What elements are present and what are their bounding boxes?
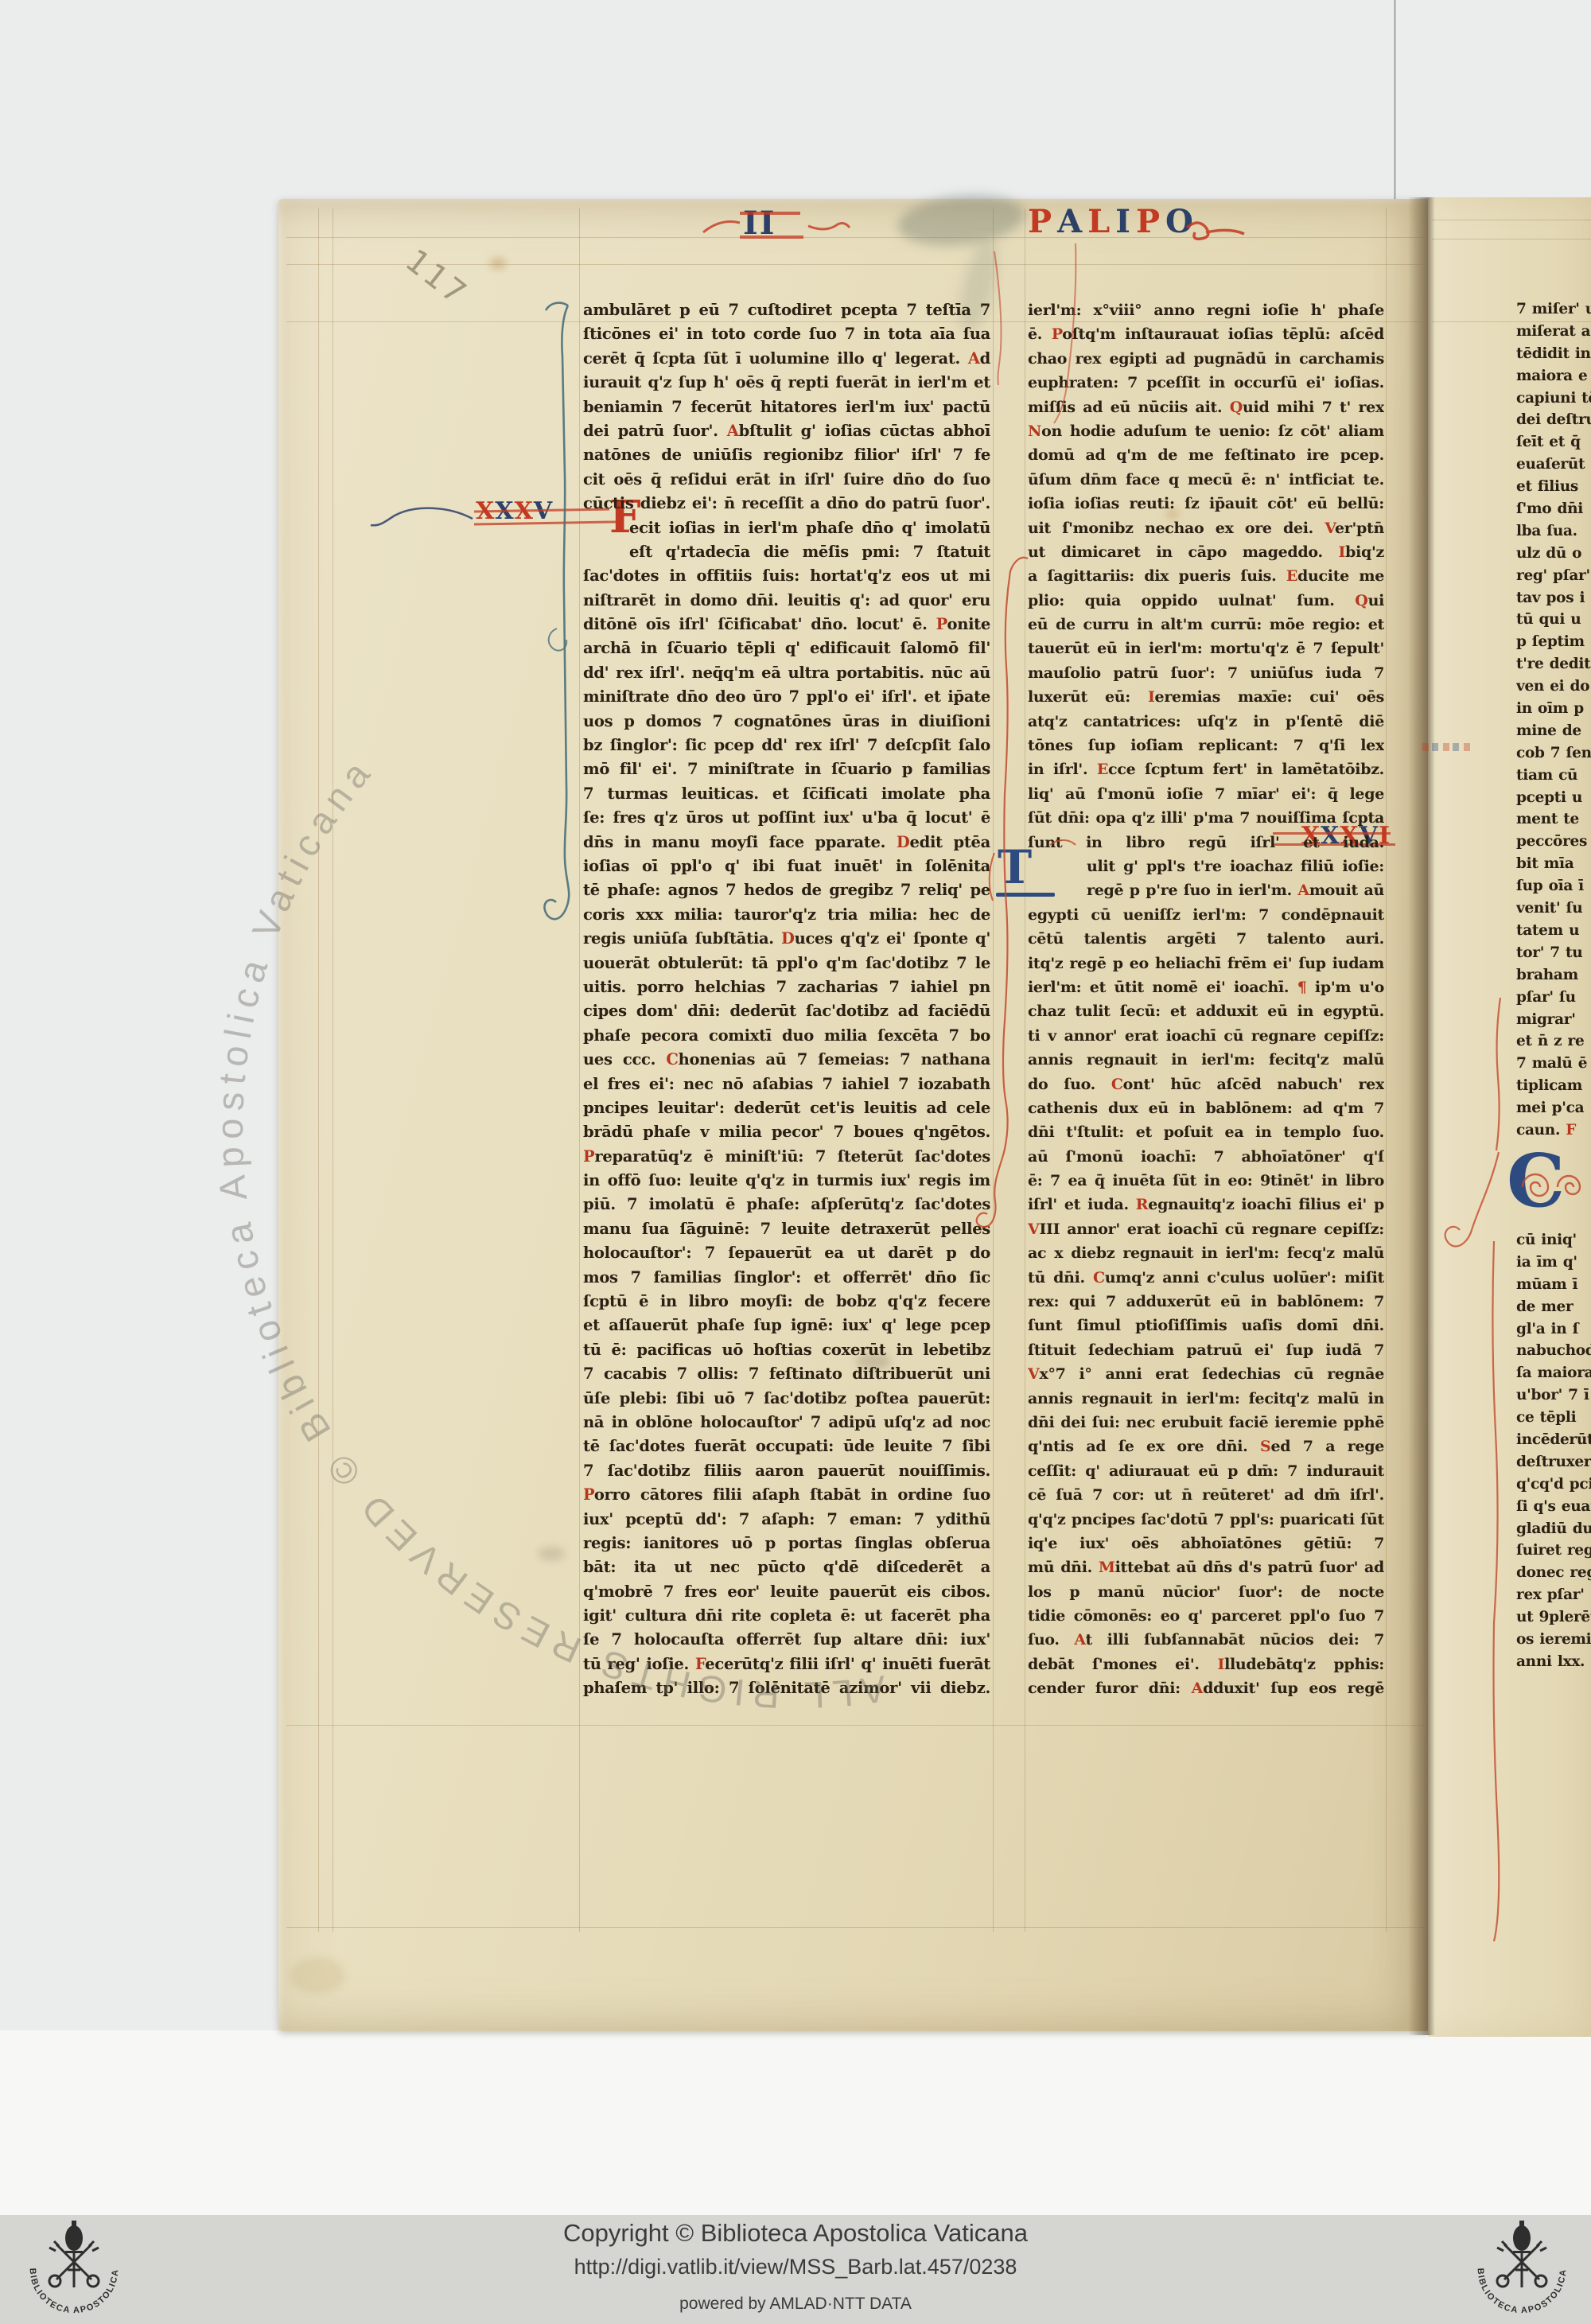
manuscript-line: regē p p're ſuo in ierl'm. Amouit aū eū … bbox=[1028, 878, 1384, 902]
manuscript-line: mauſolio patrū ſuor': 7 uniūſus iuda 7 i… bbox=[1028, 661, 1384, 685]
manuscript-line: mū dn̄i. Mittebat aū dn̄s d's patrū ſuor… bbox=[1028, 1555, 1384, 1579]
manuscript-line: cē ſuā 7 cor: ut n̄ reūteret' ad dm̄ iſr… bbox=[1028, 1483, 1384, 1507]
manuscript-line: miſerat a bbox=[1516, 321, 1591, 343]
manuscript-line: braham bbox=[1516, 964, 1591, 987]
manuscript-line: ambulāret p eū 7 cuſtodiret pcepta 7 teſ… bbox=[583, 298, 990, 322]
manuscript-line: egypti cū ueniſſz ierl'm: 7 condēpnauit … bbox=[1028, 903, 1384, 927]
manuscript-line: ierl'm: x°viii° anno regni ioſie h' phaſ… bbox=[1028, 298, 1384, 322]
manuscript-line: bit mīa bbox=[1516, 853, 1591, 875]
manuscript-line: Preparatūq'z ē miniſt'iū: 7 ſteterūt ſac… bbox=[583, 1145, 990, 1169]
manuscript-line: t're dedit bbox=[1516, 653, 1591, 675]
manuscript-line: iq'e iux' oēs abhoīatōnes gētiū: 7 pollu… bbox=[1028, 1532, 1384, 1555]
manuscript-line: lba ſua. bbox=[1516, 520, 1591, 543]
ruling-line bbox=[286, 1927, 1424, 1928]
text-column-right: ierl'm: x°viii° anno regni ioſie h' phaſ… bbox=[1028, 298, 1384, 1701]
manuscript-line: de mer bbox=[1516, 1296, 1591, 1318]
manuscript-line: ceſſit: q' adiurauat eū p dm̄: 7 indurau… bbox=[1028, 1459, 1384, 1483]
manuscript-line: incēderūt bbox=[1516, 1429, 1591, 1451]
text-column-left: ambulāret p eū 7 cuſtodiret pcepta 7 teſ… bbox=[583, 298, 990, 1701]
manuscript-line: maiora e bbox=[1516, 365, 1591, 387]
manuscript-line: a ſagittariis: dix pueris ſuis. Educite … bbox=[1028, 564, 1384, 588]
coloured-letter: L bbox=[1087, 204, 1115, 240]
footer-copyright: Copyright © Biblioteca Apostolica Vatica… bbox=[0, 2219, 1591, 2248]
ruling-line bbox=[1432, 239, 1591, 239]
manuscript-line: 7 miſer' u bbox=[1516, 298, 1591, 321]
vatican-library-logo-left: BIBLIOTECA APOSTOLICA VATICANA bbox=[19, 2217, 129, 2322]
manuscript-line: tiplicam bbox=[1516, 1075, 1591, 1097]
manuscript-line: annis regnauit in ierl'm: fecitq'z malū … bbox=[1028, 1387, 1384, 1411]
manuscript-line: ditōnē oīs iſrl' ſc̄ificabat' dn̄o. locu… bbox=[583, 613, 990, 636]
manuscript-line: Non hodie aduſum te uenio: ſz cōt' aliam… bbox=[1028, 419, 1384, 443]
ruling-line bbox=[333, 208, 333, 1932]
chapter-initial-t: T bbox=[998, 843, 1032, 891]
manuscript-line: coris xxx milia: tauror'q'z tria milia: … bbox=[583, 903, 990, 927]
manuscript-line: igit' cultura dn̄i rite copleta ē: ut fa… bbox=[583, 1604, 990, 1628]
manuscript-line: cob 7 ſen bbox=[1516, 742, 1591, 765]
manuscript-line: mei p'ca bbox=[1516, 1097, 1591, 1119]
manuscript-line: 7 ſac'dotibz filiis aaron pauerūt nouiſſ… bbox=[583, 1459, 990, 1483]
manuscript-line: euaſerūt bbox=[1516, 454, 1591, 476]
manuscript-line: ment te bbox=[1516, 808, 1591, 831]
running-header-title: PALIPO bbox=[1028, 204, 1199, 240]
parchment-stain bbox=[538, 1547, 565, 1561]
manuscript-line: ſi q's euaſit bbox=[1516, 1496, 1591, 1518]
coloured-letter: P bbox=[1028, 204, 1057, 240]
manuscript-line: bāt: ita ut nec pūcto q'dē diſcederēt a … bbox=[583, 1555, 990, 1579]
manuscript-line: mō fil' ei'. 7 miniſtrate in ſc̄uario p … bbox=[583, 757, 990, 781]
manuscript-line: gladiū duct' bbox=[1516, 1518, 1591, 1540]
manuscript-line: domū ad q'm de me feſtinato ire pcep. De… bbox=[1028, 443, 1384, 467]
backdrop-white-strip bbox=[0, 2030, 1591, 2215]
manuscript-line: q'mobrē 7 fres eor' leuite pauerūt eis c… bbox=[583, 1580, 990, 1604]
manuscript-line: in oīm p bbox=[1516, 698, 1591, 720]
manuscript-line: ſuo. At illi ſubſannabāt nūcios dei: 7 p… bbox=[1028, 1628, 1384, 1652]
manuscript-line: iux' pceptū dd': 7 aſaph: 7 eman: 7 ydit… bbox=[583, 1508, 990, 1532]
manuscript-line: miniſtrate dn̄o deo ūro 7 ppl'o ei' iſrl… bbox=[583, 685, 990, 709]
manuscript-line: rex: qui 7 adduxerūt eū in bablōnem: 7 a… bbox=[1028, 1290, 1384, 1314]
manuscript-line: itq'z regē p eo heliachī frēm ei' ſup iu… bbox=[1028, 952, 1384, 975]
next-page-text-column-top: 7 miſer' umiſerat atēdidit inmaiora ecap… bbox=[1516, 298, 1591, 1142]
manuscript-line: ulit g' ppl's t're ioachaz filiū ioſie: … bbox=[1028, 854, 1384, 878]
manuscript-line: tē phaſe: agnos 7 hedos de gregibz 7 rel… bbox=[583, 878, 990, 902]
manuscript-line: el fres ei': nec nō aſabias 7 iahiel 7 i… bbox=[583, 1072, 990, 1096]
parchment-stain bbox=[490, 258, 506, 269]
manuscript-line: ut dimicaret in cāpo mageddo. Ibiq'z uul… bbox=[1028, 540, 1384, 564]
manuscript-line: tē ſac'dotes fuerāt occupati: ūde leuite… bbox=[583, 1434, 990, 1458]
manuscript-line: dn̄i dei ſui: nec erubuit faciē ieremie … bbox=[1028, 1411, 1384, 1434]
manuscript-line: uit ſ'monibz nechao ex ore dei. Ver'ptn̄… bbox=[1028, 516, 1384, 540]
manuscript-line: tū reg' ioſie. Fecerūtq'z filii iſrl' q'… bbox=[583, 1652, 990, 1676]
manuscript-line: tū ē: pacificas uō hoſtias coxerūt in le… bbox=[583, 1338, 990, 1362]
manuscript-line: regis uniūſa ſubſtātia. Duces q'q'z ei' … bbox=[583, 927, 990, 951]
manuscript-line: pſar' ſu bbox=[1516, 987, 1591, 1009]
coloured-letter: I bbox=[1115, 204, 1136, 240]
manuscript-line: dd' rex iſrl'. neq̄q'm eā ultra portabit… bbox=[583, 661, 990, 685]
manuscript-line: ūſum dn̄m face q mecū ē: n' intficiat te… bbox=[1028, 468, 1384, 492]
manuscript-line: donec regnar' bbox=[1516, 1562, 1591, 1584]
manuscript-line: cūctis diebz ei': n̄ receſſit a dn̄o do … bbox=[583, 492, 990, 516]
manuscript-line: annis regnauit in ierl'm: fecitq'z malū … bbox=[1028, 1048, 1384, 1072]
manuscript-line: tauerūt eū in ierl'm: mortu'q'z ē 7 ſepu… bbox=[1028, 636, 1384, 660]
manuscript-line: phaſem tp' illo: 7 ſolēnitatē azimor' vi… bbox=[583, 1676, 990, 1700]
manuscript-line: VIII annor' erat ioachī cū regnare cepiſ… bbox=[1028, 1217, 1384, 1241]
ruling-line bbox=[286, 1725, 1424, 1726]
footer-url: http://digi.vatlib.it/view/MSS_Barb.lat.… bbox=[0, 2255, 1591, 2279]
ruling-line bbox=[286, 264, 1424, 265]
bleedthrough-rubric bbox=[1422, 743, 1470, 751]
manuscript-line: ecit ioſias in ierl'm phaſe dn̄o q' imol… bbox=[583, 516, 990, 540]
manuscript-line: ſ'mo dn̄i bbox=[1516, 498, 1591, 520]
papal-tiara-icon bbox=[1513, 2221, 1531, 2253]
manuscript-line: beniamin 7 fecerūt hitatores ierl'm iux'… bbox=[583, 395, 990, 419]
manuscript-line: capiuni tē bbox=[1516, 387, 1591, 410]
manuscript-line: ſtituit ſedechiam patruū ei' ſup iudā 7 … bbox=[1028, 1338, 1384, 1362]
parchment-stain bbox=[290, 1957, 345, 1994]
manuscript-line: uouerāt obtulerūt: tā ppl'o q'm ſac'doti… bbox=[583, 952, 990, 975]
manuscript-line: euphraten: 7 pceſſit in occurſū ei' ioſi… bbox=[1028, 371, 1384, 395]
manuscript-line: pcepti u bbox=[1516, 787, 1591, 809]
manuscript-line: peccōres bbox=[1516, 831, 1591, 853]
manuscript-line: tatem u bbox=[1516, 920, 1591, 942]
footer-powered-by: powered by AMLAD·NTT DATA bbox=[0, 2295, 1591, 2314]
ruling-line bbox=[286, 237, 1424, 238]
manuscript-line: manu ſua ſāguinē: 7 leuite detraxerūt pe… bbox=[583, 1217, 990, 1241]
manuscript-line: ſūt dn̄i: opa q'z illi' p'ma 7 nouiſſima… bbox=[1028, 806, 1384, 830]
manuscript-line: et n̄ z re bbox=[1516, 1030, 1591, 1053]
manuscript-line: dei patrū ſuor'. Abſtulit g' ioſias cūct… bbox=[583, 419, 990, 443]
manuscript-line: ſe: fres q'z ūros ut poſſint iux' u'ba q… bbox=[583, 806, 990, 830]
manuscript-line: cū iniq' bbox=[1516, 1229, 1591, 1252]
manuscript-line: los p manū nūcior' ſuor': de nocte ſurge… bbox=[1028, 1580, 1384, 1604]
manuscript-line: gl'a in ſ bbox=[1516, 1318, 1591, 1341]
manuscript-line: niſtrarēt in domo dn̄i. leuitis q': ad q… bbox=[583, 589, 990, 613]
manuscript-line: atq'z cantatrices: uſq'z in p'ſentē diē … bbox=[1028, 710, 1384, 734]
manuscript-line: reg' pſar' bbox=[1516, 565, 1591, 587]
manuscript-line: ſac'dotes in offitiis ſuis: hortat'q'z e… bbox=[583, 564, 990, 588]
manuscript-line: chao rex egipti ad pugnādū in carchamis … bbox=[1028, 347, 1384, 371]
manuscript-line: aū ſ'monū ioachī: 7 abhoīatōner' q'ſ opa… bbox=[1028, 1145, 1384, 1169]
manuscript-line: Vx°7 i° anni erat ſedechias cū regnāe ce… bbox=[1028, 1362, 1384, 1386]
manuscript-line: eſt q'rtadecīa die mēſis pmi: 7 ſtatuit bbox=[583, 540, 990, 564]
manuscript-line: tēdidit in bbox=[1516, 343, 1591, 365]
manuscript-line: regis: ianitores uō p portas ſinglas obſ… bbox=[583, 1532, 990, 1555]
manuscript-line: venit' ſu bbox=[1516, 897, 1591, 920]
manuscript-line: archā in ſc̄uario tēpli q' edificauit ſa… bbox=[583, 636, 990, 660]
manuscript-line: ven ei do bbox=[1516, 675, 1591, 698]
manuscript-line: ſticōnes ei' in toto corde ſuo 7 in tota… bbox=[583, 322, 990, 346]
gutter-fold-shadow bbox=[1408, 197, 1435, 2035]
manuscript-line: tor' 7 tu bbox=[1516, 942, 1591, 964]
manuscript-line: plio: quia oppido uulnat' ſum. Qui t'ſtu… bbox=[1028, 589, 1384, 613]
manuscript-line: migrar' bbox=[1516, 1009, 1591, 1031]
manuscript-line: nā in oblōne holocauſtor' 7 adipū uſq'z … bbox=[583, 1411, 990, 1434]
next-page-text-column-bottom: cū iniq'ia īm q'mūam īde mergl'a in ſnab… bbox=[1516, 1229, 1591, 1673]
manuscript-line: deſtruxer' bbox=[1516, 1451, 1591, 1473]
manuscript-line: dn̄s in manu moyſi face pparate. Dedit p… bbox=[583, 831, 990, 854]
ruling-line bbox=[1025, 208, 1025, 1932]
manuscript-line: ut 9plerēt' bbox=[1516, 1606, 1591, 1629]
manuscript-line: dei deſtru bbox=[1516, 409, 1591, 431]
manuscript-line: q'q'z pncipes ſac'dotū 7 ppl's: puaricat… bbox=[1028, 1508, 1384, 1532]
manuscript-line: ues ccc. Chonenias aū 7 ſemeias: 7 natha… bbox=[583, 1048, 990, 1072]
ruling-line bbox=[993, 208, 994, 1932]
manuscript-line: et aſſauerūt phaſe ſup ignē: iux' q' leg… bbox=[583, 1314, 990, 1337]
manuscript-line: iſrl' et iuda. Regnauitq'z ioachī filius… bbox=[1028, 1193, 1384, 1216]
manuscript-line: eū de curru in alt'm currū: mōe regio: e… bbox=[1028, 613, 1384, 636]
manuscript-line: luxerūt eū: Ieremias maxīe: cui' oēs cāt… bbox=[1028, 685, 1384, 709]
manuscript-line: ſcptū ē in libro moyſi: de bobz q'q'z fe… bbox=[583, 1290, 990, 1314]
manuscript-line: nabuchod bbox=[1516, 1340, 1591, 1362]
manuscript-line: uos p domos 7 cognatōnes ūras in diuiſio… bbox=[583, 710, 990, 734]
manuscript-line: mine de bbox=[1516, 720, 1591, 742]
manuscript-line: holocauſtor': 7 ſepauerūt ea ut darēt p … bbox=[583, 1241, 990, 1265]
coloured-letter: A bbox=[1057, 204, 1087, 240]
manuscript-line: ſunt in libro regū iſrl' et iuda. bbox=[1028, 831, 1384, 854]
manuscript-line: cathenis dux eū in bablōnem: ad q'm 7 ua… bbox=[1028, 1096, 1384, 1120]
manuscript-line: 7 cacabis 7 ollis: 7 feſtinato diſtribue… bbox=[583, 1362, 990, 1386]
manuscript-line: miſſis ad eū nūciis ait. Quid mihi 7 t' … bbox=[1028, 395, 1384, 419]
ruling-line bbox=[1386, 208, 1387, 1932]
running-header-numeral: II bbox=[743, 205, 776, 242]
manuscript-line: chaz tulit ſecū: et adduxit eū in egyptū… bbox=[1028, 999, 1384, 1023]
manuscript-line: tav pos i bbox=[1516, 587, 1591, 609]
manuscript-line: ſe 7 holocauſta offerrēt ſup altare dn̄i… bbox=[583, 1628, 990, 1652]
manuscript-line: liq' aū ſ'monū ioſie 7 mīar' ei': q̄ leg… bbox=[1028, 782, 1384, 806]
manuscript-line: phaſe pecora comixtī duo milia ſexcēta 7… bbox=[583, 1024, 990, 1048]
ruling-line bbox=[1432, 220, 1591, 220]
manuscript-line: 7 malū ē bbox=[1516, 1053, 1591, 1075]
manuscript-line: q'ntis ad ſe ex ore dn̄i. Sed 7 a rege n… bbox=[1028, 1434, 1384, 1458]
coloured-letter: O bbox=[1165, 204, 1199, 240]
ruling-line bbox=[579, 208, 580, 1932]
manuscript-line: in offō ſuo: leuite q'q'z in turmis iux'… bbox=[583, 1169, 990, 1193]
manuscript-line: tū qui u bbox=[1516, 609, 1591, 631]
manuscript-line: cerēt q̄ ſcpta ſūt ī uolumine illo q' le… bbox=[583, 347, 990, 371]
coloured-letter: P bbox=[1136, 204, 1165, 240]
manuscript-line: cit oēs q̄ reſidui erāt in iſrl' ſuire d… bbox=[583, 468, 990, 492]
manuscript-line: ūſe plebi: ſibi uō 7 ſac'dotibz poſtea p… bbox=[583, 1387, 990, 1411]
manuscript-line: et filius bbox=[1516, 476, 1591, 498]
manuscript-line: natōnes de uniūſis regionibz filior' iſr… bbox=[583, 443, 990, 467]
manuscript-line: debāt ſ'mones ei'. Illudebātq'z pphis: d… bbox=[1028, 1652, 1384, 1676]
manuscript-line: uitis. porro helchias 7 zacharias 7 iahi… bbox=[583, 975, 990, 999]
papal-tiara-icon bbox=[65, 2221, 83, 2253]
manuscript-line: ſup oīa ī bbox=[1516, 875, 1591, 897]
manuscript-line: bz ſinglor': ſic pcep dd' rex iſrl' 7 de… bbox=[583, 734, 990, 757]
manuscript-line: q'cq'd pcioſū bbox=[1516, 1473, 1591, 1496]
decorated-initial-next-page: C bbox=[1507, 1143, 1565, 1219]
manuscript-line: ulz dū o bbox=[1516, 543, 1591, 565]
manuscript-line: tū dn̄i. Cumq'z anni c'culus uolūer': mi… bbox=[1028, 1266, 1384, 1290]
manuscript-line: dn̄i t'ſtulit: et poſuit ea in templo ſu… bbox=[1028, 1120, 1384, 1144]
book-gutter-crease-top bbox=[1394, 0, 1396, 200]
manuscript-line: ſeīt et q̄ bbox=[1516, 431, 1591, 454]
manuscript-line: tidie cōmonēs: eo q' parceret ppl'o ſuo … bbox=[1028, 1604, 1384, 1628]
manuscript-line: do ſuo. Cont' hūc aſcēd nabuch' rex chal… bbox=[1028, 1072, 1384, 1096]
digitized-manuscript-scan: { "page": { "folio_number": "117" }, "he… bbox=[0, 0, 1591, 2324]
manuscript-line: ſuiret regi bbox=[1516, 1540, 1591, 1562]
manuscript-line: ierl'm: et ūtit nomē ei' ioachī. ¶ ip'm … bbox=[1028, 975, 1384, 999]
manuscript-line: brādū phaſe v milia pecor' 7 boues q'ngē… bbox=[583, 1120, 990, 1144]
manuscript-line: 7 turmas leuiticas. et ſc̄ificati imolat… bbox=[583, 782, 990, 806]
manuscript-line: anni lxx. bbox=[1516, 1651, 1591, 1673]
manuscript-line: rex pſar' bbox=[1516, 1584, 1591, 1606]
manuscript-line: ſa maiora bbox=[1516, 1362, 1591, 1384]
vatican-library-logo-right: BIBLIOTECA APOSTOLICA VATICANA bbox=[1467, 2217, 1577, 2322]
manuscript-line: cender furor dn̄i: Adduxit' ſup eos regē… bbox=[1028, 1676, 1384, 1700]
manuscript-line: piū. 7 imolatū ē phaſe: aſpſerūtq'z ſac'… bbox=[583, 1193, 990, 1216]
manuscript-line: os ieremie bbox=[1516, 1629, 1591, 1651]
manuscript-line: ioſia ioſias reuti: ſz ip̄auit cōt' eū b… bbox=[1028, 492, 1384, 516]
manuscript-line: ti v annor' erat ioachī cū regnare cepiſ… bbox=[1028, 1024, 1384, 1048]
manuscript-line: mūam ī bbox=[1516, 1274, 1591, 1296]
manuscript-line: ac x diebz regnauit in ierl'm: fecq'z ma… bbox=[1028, 1241, 1384, 1265]
manuscript-line: tōnes ſup ioſiam replicant: 7 q'ſi lex o… bbox=[1028, 734, 1384, 757]
manuscript-line: ſunt ſimul ptioſiſſimis uaſis domī dn̄i.… bbox=[1028, 1314, 1384, 1337]
manuscript-line: pncipes leuitar': dederūt cet'is leuitis… bbox=[583, 1096, 990, 1120]
manuscript-line: ē: 7 ea q̄ inuēta ſūt in eo: 9tinēt' in … bbox=[1028, 1169, 1384, 1193]
manuscript-line: cipes dom' dn̄i: dederūt ſac'dotibz ad f… bbox=[583, 999, 990, 1023]
manuscript-line: ia īm q' bbox=[1516, 1252, 1591, 1274]
manuscript-line: ce tēpli bbox=[1516, 1407, 1591, 1429]
manuscript-line: Porro cātores filii aſaph ſtabāt in ordi… bbox=[583, 1483, 990, 1507]
manuscript-line: cētū talentis argēti 7 talento auri. Con… bbox=[1028, 927, 1384, 951]
manuscript-line: iurauit q'z ſup h' oēs q̄ repti fuerāt i… bbox=[583, 371, 990, 395]
manuscript-line: u'bor' 7 ī bbox=[1516, 1384, 1591, 1407]
ruling-line bbox=[318, 208, 319, 1932]
manuscript-line: p ſeptim bbox=[1516, 631, 1591, 653]
manuscript-line: tiam cū bbox=[1516, 765, 1591, 787]
manuscript-line: ioſias oī ppl'o q' ibi fuat inuēt' in ſo… bbox=[583, 854, 990, 878]
manuscript-line: in iſrl'. Ecce ſcptum fert' in lamētatōi… bbox=[1028, 757, 1384, 781]
manuscript-line: ē. Poſtq'm inſtaurauat ioſias tēplū: aſc… bbox=[1028, 322, 1384, 346]
manuscript-line: mos 7 familias ſinglor': et offerrēt' dn… bbox=[583, 1266, 990, 1290]
